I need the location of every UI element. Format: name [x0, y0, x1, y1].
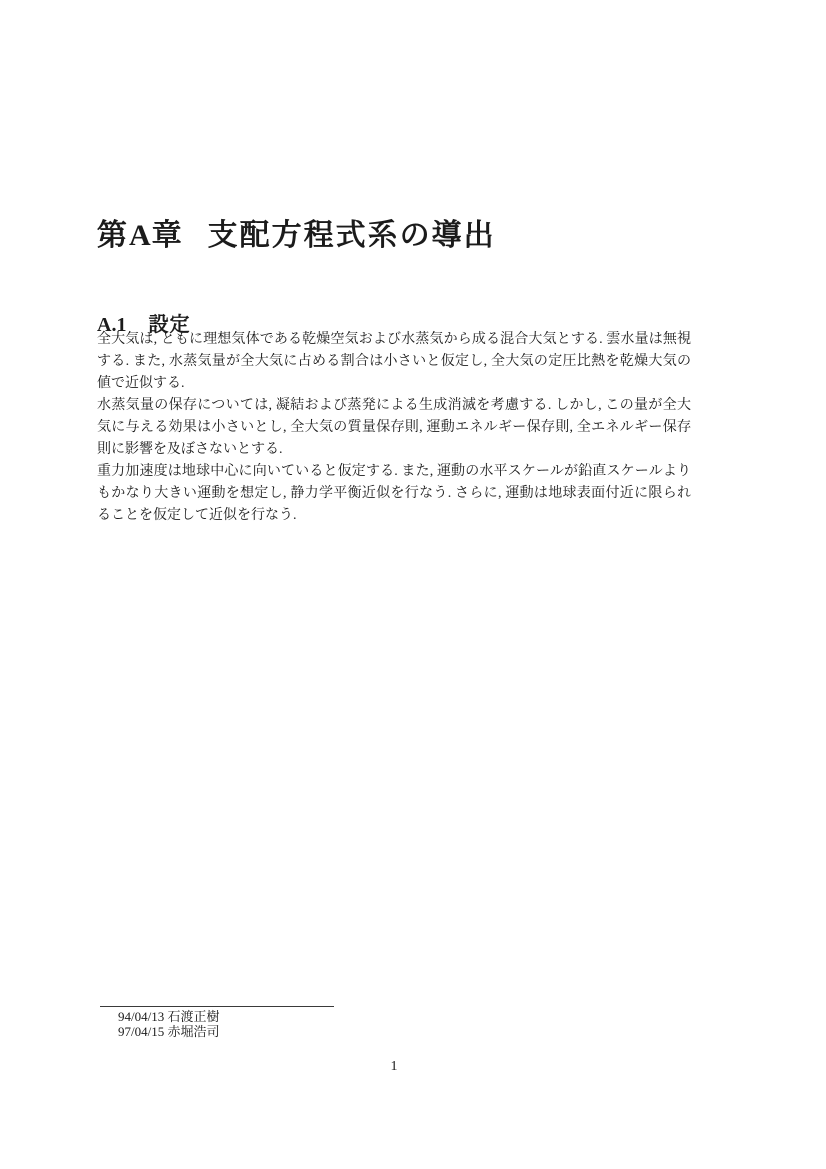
chapter-label-letter: A: [128, 219, 152, 252]
body-text: 全大気は, ともに理想気体である乾燥空気および水蒸気から成る混合大気とする. 雲…: [97, 329, 691, 527]
document-page: 第A章支配方程式系の導出 A.1設定 全大気は, ともに理想気体である乾燥空気お…: [0, 0, 826, 1169]
footnote-revision-2: 97/04/15 赤堀浩司: [118, 1025, 219, 1040]
footnote-revision-1: 94/04/13 石渡正樹: [118, 1010, 219, 1025]
chapter-label-pre: 第: [97, 219, 128, 252]
paragraph-3: 重力加速度は地球中心に向いていると仮定する. また, 運動の水平スケールが鉛直ス…: [97, 461, 691, 527]
chapter-heading: 第A章支配方程式系の導出: [97, 210, 496, 254]
page-number: 1: [97, 1059, 691, 1075]
footnotes: 94/04/13 石渡正樹 97/04/15 赤堀浩司: [118, 1010, 219, 1039]
paragraph-1: 全大気は, ともに理想気体である乾燥空気および水蒸気から成る混合大気とする. 雲…: [97, 329, 691, 395]
paragraph-2: 水蒸気量の保存については, 凝結および蒸発による生成消滅を考慮する. しかし, …: [97, 395, 691, 461]
chapter-title: 支配方程式系の導出: [208, 219, 496, 252]
footnote-divider: [100, 1006, 334, 1007]
chapter-label-post: 章: [152, 219, 183, 252]
